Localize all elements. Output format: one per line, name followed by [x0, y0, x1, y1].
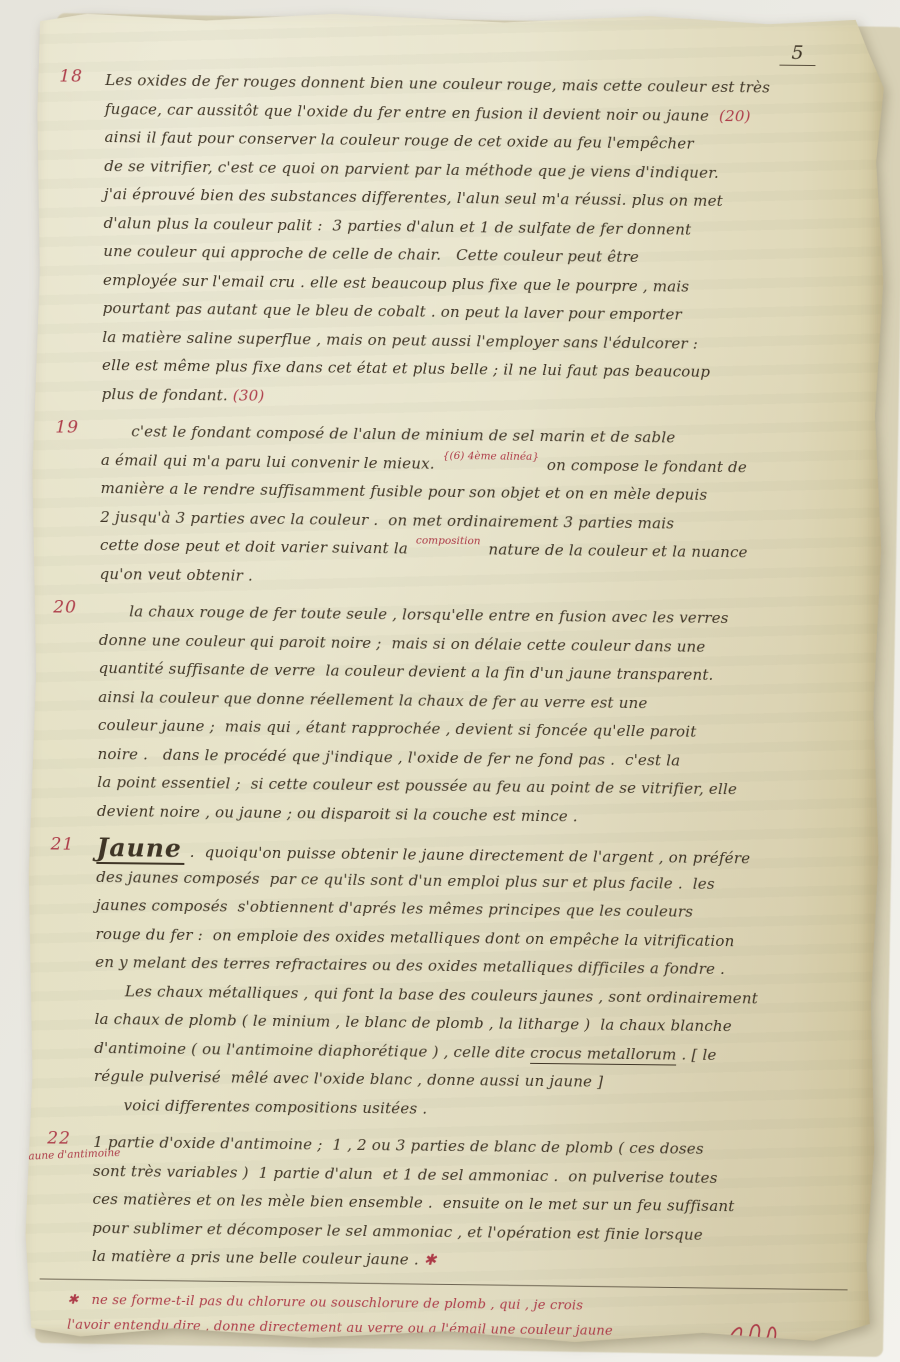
text-segment-ink: on compose le fondant de [542, 455, 747, 475]
text-segment-h: Jaune [96, 833, 185, 865]
text-segment-ink: la point essentiel ; si cette couleur es… [97, 773, 737, 798]
manuscript-paragraph: 18Les oxides de fer rouges donnent bien … [56, 65, 854, 416]
page-number: 5 [779, 42, 815, 66]
text-segment-ink: pour sublimer et décomposer le sel ammon… [92, 1218, 703, 1243]
text-segment-red: l'avoir entendu dire , donne directement… [67, 1317, 613, 1338]
paragraph-lines: la chaux rouge de fer toute seule , lors… [97, 597, 848, 833]
footnote: ✱ ne se forme-t-il pas du chlorure ou so… [45, 1287, 840, 1346]
text-segment-redsup: composition [416, 535, 481, 548]
text-segment-ink: nature de la couleur et la nuance [483, 540, 747, 561]
text-segment-ink: cette dose peut et doit varier suivant l… [100, 536, 413, 558]
text-segment-red: ✱ ne se forme-t-il pas du chlorure ou so… [67, 1292, 583, 1313]
text-segment-ink: plus de fondant. [102, 384, 233, 403]
paragraph-number: 18 [59, 66, 83, 86]
paper-sheet-wrapper: 5 18Les oxides de fer rouges donnent bie… [21, 5, 888, 1351]
text-segment-red: (30) [233, 386, 265, 404]
text-segment-ink: d'antimoine ( ou l'antimoine diaphorétiq… [94, 1038, 530, 1061]
text-segment-ink: fugace, car aussitôt que l'oxide du fer … [105, 99, 719, 124]
text-segment-ink: pourtant pas autant que le bleu de cobal… [103, 299, 682, 324]
text-segment-ink: qu'on veut obtenir . [100, 564, 254, 584]
text-segment-ink: noire . dans le procédé que j'indique , … [98, 744, 681, 769]
text-segment-ink: des jaunes composés par ce qu'ils sont d… [96, 867, 715, 892]
text-segment-redsup: {(6) 4ème alinéa} [443, 449, 539, 462]
paragraph-number-gutter: 21 [47, 833, 96, 1119]
text-segment-ink: d'alun plus la couleur palit : 3 parties… [104, 213, 692, 238]
paragraph-number-gutter: 18 [56, 65, 106, 407]
text-segment-ink: . quoiqu'on puisse obtenir le jaune dire… [185, 843, 751, 867]
paper-sheet: 5 18Les oxides de fer rouges donnent bie… [21, 5, 888, 1351]
footnote-lines: ✱ ne se forme-t-il pas du chlorure ou so… [67, 1287, 840, 1346]
text-segment-ink: ces matières et on les mèle bien ensembl… [92, 1190, 734, 1215]
signature-flourish-icon [723, 1319, 793, 1354]
paragraph-lines: c'est le fondant composé de l'alun de mi… [99, 417, 849, 596]
manuscript-paragraph: 19c'est le fondant composé de l'alun de … [53, 416, 849, 596]
paragraph-number: 19 [55, 417, 79, 437]
text-segment-ink: la chaux rouge de fer toute seule , lors… [129, 602, 729, 627]
scanned-manuscript-page: 5 18Les oxides de fer rouges donnent bie… [0, 0, 900, 1362]
manuscript-paragraph: 21Jaune . quoiqu'on puisse obtenir le ja… [47, 833, 844, 1127]
paragraph-lines: Les oxides de fer rouges donnent bien un… [102, 66, 854, 416]
text-segment-ink: Les chaux métalliques , qui font la base… [125, 982, 758, 1007]
text-segment-red: ✱ [424, 1251, 437, 1269]
text-segment-ink: voici differentes compositions usitées . [124, 1096, 428, 1117]
text-segment-ink: 2 jusqu'à 3 parties avec la couleur . on… [100, 507, 674, 532]
text-segment-ink: manière a le rendre suffisamment fusible… [101, 479, 708, 504]
text-segment-red: (20) [719, 106, 751, 124]
paragraph-lines: 1 partie d'oxide d'antimoine ; 1 , 2 ou … [92, 1128, 842, 1279]
paragraph-number: 22 [47, 1128, 71, 1148]
paragraph-number: 21 [50, 834, 74, 854]
text-segment-ink: en y melant des terres refractaires ou d… [95, 953, 725, 978]
text-segment-ink: la matière saline superflue , mais on pe… [102, 327, 698, 352]
paragraph-number-gutter: 20 [51, 596, 100, 825]
paragraph-lines: Jaune . quoiqu'on puisse obtenir le jaun… [93, 834, 844, 1127]
text-segment-ink: quantité suffisante de verre la couleur … [98, 659, 713, 684]
text-segment-ink: rouge du fer : on emploie des oxides met… [95, 924, 734, 949]
text-segment-ink: ainsi la couleur que donne réellement la… [98, 687, 647, 711]
paragraph-number-gutter: 22jaune d'antimoine [46, 1127, 94, 1270]
paragraph-number-gutter: 19 [53, 416, 101, 588]
text-segment-ink: la chaux de plomb ( le minium , le blanc… [94, 1010, 731, 1035]
text-segment-ink: régule pulverisé mêlé avec l'oxide blanc… [94, 1067, 603, 1091]
text-segment-ink: la matière a pris une belle couleur jaun… [92, 1247, 424, 1269]
text-segment-ink: une couleur qui approche de celle de cha… [103, 242, 639, 266]
text-segment-ink: Les oxides de fer rouges donnent bien un… [105, 71, 770, 97]
manuscript-body: 18Les oxides de fer rouges donnent bien … [46, 65, 854, 1278]
text-segment-ink: j'ai éprouvé bien des substances differe… [104, 185, 723, 210]
text-segment-ink: elle est même plus fixe dans cet état et… [102, 356, 710, 381]
manuscript-paragraph: 20la chaux rouge de fer toute seule , lo… [51, 596, 848, 833]
text-segment-ink: c'est le fondant composé de l'alun de mi… [131, 422, 675, 446]
text-segment-u: crocus metallorum [530, 1043, 676, 1065]
text-segment-ink: de se vitrifier, c'est ce quoi on parvie… [104, 156, 719, 181]
text-segment-ink: devient noire , ou jaune ; ou disparoit … [97, 801, 578, 824]
text-segment-ink: jaunes composés s'obtiennent d'aprés les… [96, 896, 693, 921]
text-segment-ink: couleur jaune ; mais qui , étant rapproc… [98, 716, 697, 741]
text-segment-ink: sont très variables ) 1 partie d'alun et… [93, 1161, 718, 1186]
text-segment-ink: ainsi il faut pour conserver la couleur … [104, 128, 693, 153]
text-segment-ink: 1 partie d'oxide d'antimoine ; 1 , 2 ou … [93, 1133, 704, 1158]
text-segment-ink: a émail qui m'a paru lui convenir le mie… [101, 450, 440, 472]
text-segment-ink: employée sur l'email cru . elle est beau… [103, 270, 689, 295]
text-segment-ink: . [ le [676, 1045, 716, 1063]
text-segment-ink: donne une couleur qui paroit noire ; mai… [99, 630, 706, 655]
paragraph-number: 20 [53, 597, 77, 617]
manuscript-paragraph: 22jaune d'antimoine1 partie d'oxide d'an… [46, 1127, 842, 1278]
